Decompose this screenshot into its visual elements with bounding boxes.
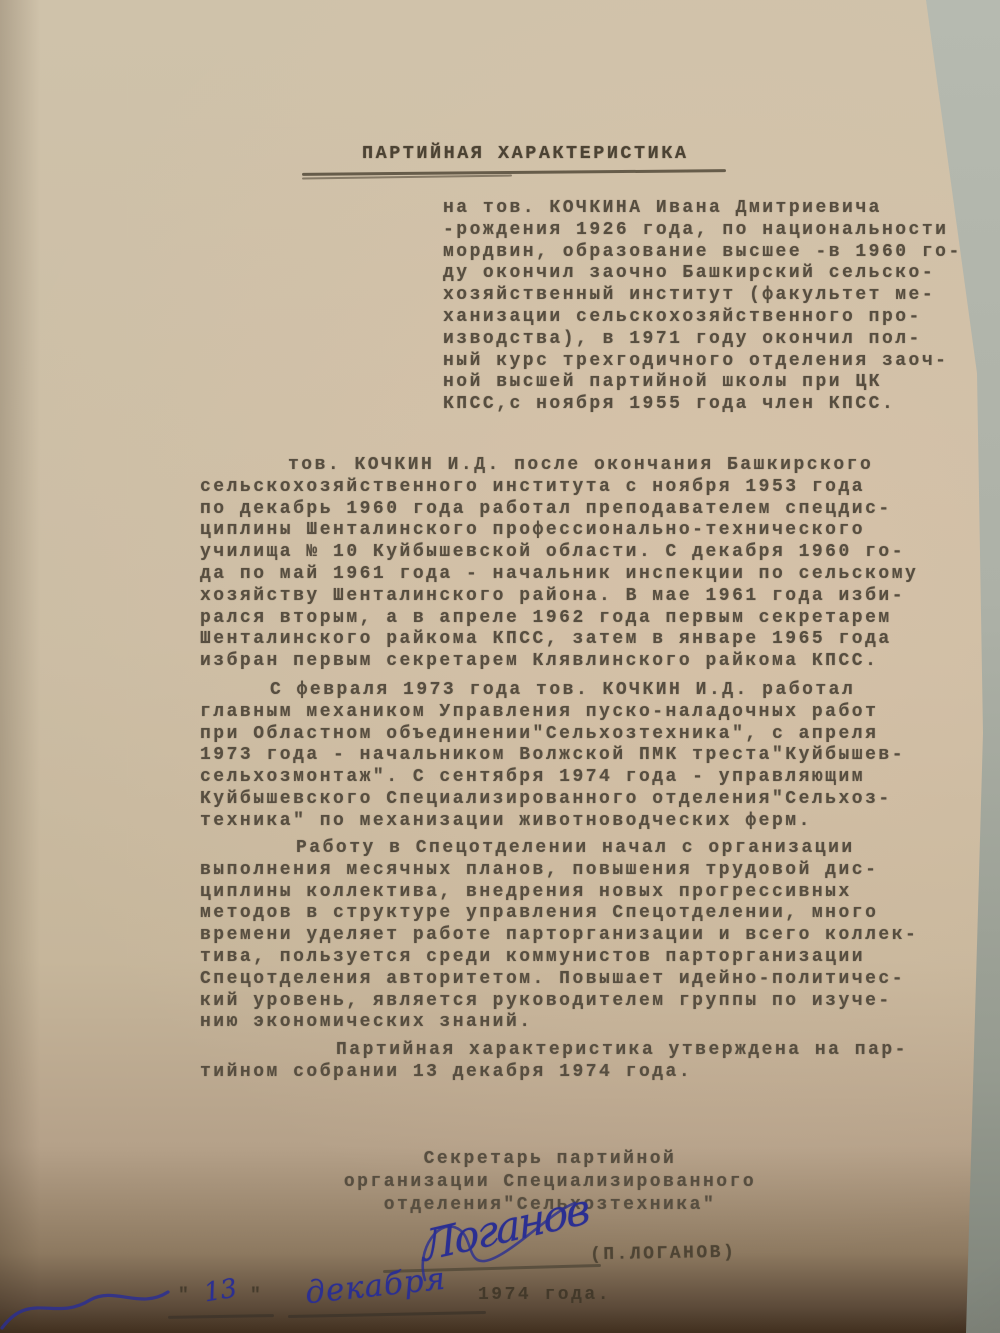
- date-year-typed: 1974 года.: [478, 1285, 611, 1307]
- date-open-quote: ": [178, 1286, 191, 1308]
- date-day-handwritten: 13: [202, 1274, 239, 1309]
- paragraph-work: Работу в Спецотделении начал с организац…: [200, 838, 990, 1034]
- ink-flourish: [0, 1270, 170, 1333]
- signature-printed-name: (П.ЛОГАНОВ): [590, 1243, 737, 1267]
- paragraph-career-1: тов. КОЧКИН И.Д. после окончания Башкирс…: [200, 455, 990, 673]
- paragraph-approval: Партийная характеристика утверждена на п…: [200, 1040, 990, 1084]
- paragraph-career-2: С февраля 1973 года тов. КОЧКИН И.Д. раб…: [200, 680, 990, 833]
- page-title: ПАРТИЙНАЯ ХАРАКТЕРИСТИКА: [362, 143, 688, 165]
- signature-flourish: [405, 1195, 595, 1285]
- date-close-quote: ": [250, 1286, 263, 1308]
- paragraph-intro: на тов. КОЧКИНА Ивана Дмитриевича -рожде…: [443, 198, 988, 416]
